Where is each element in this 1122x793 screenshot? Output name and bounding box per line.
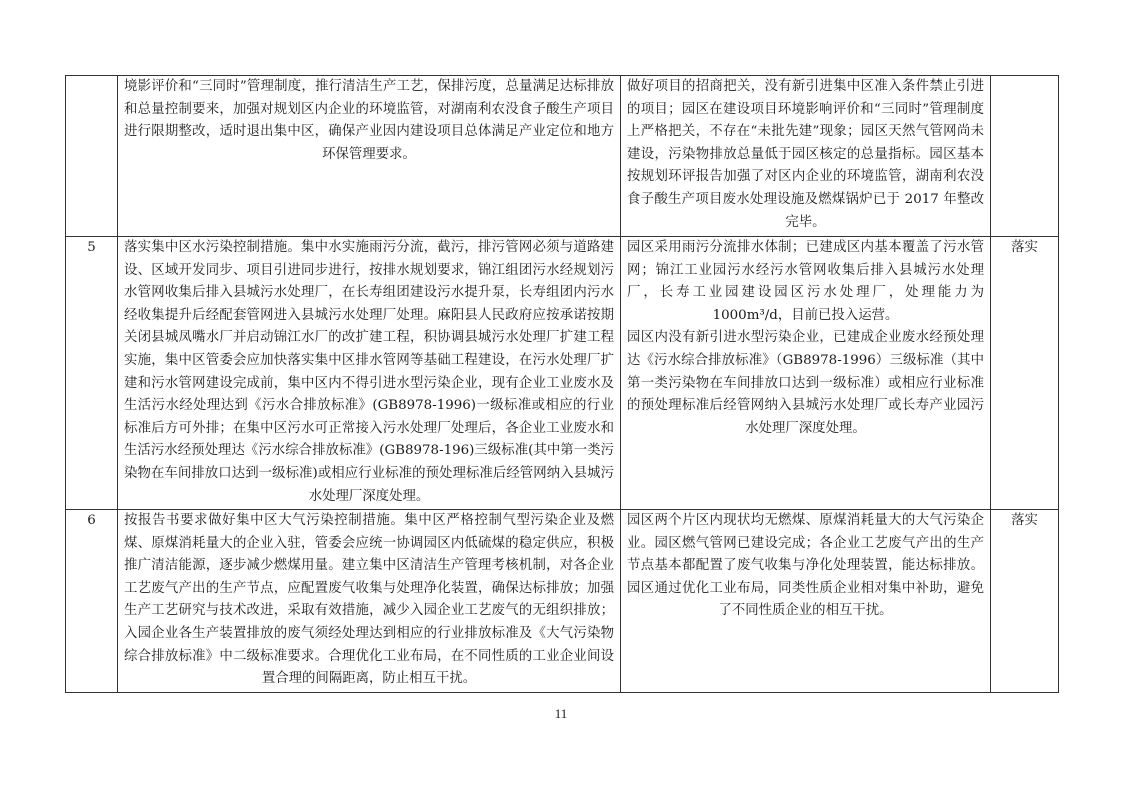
table-row: 境影评价和“三同时”管理制度，推行清洁生产工艺，保排污度，总量满足达标排放和总量… [66, 76, 1059, 237]
item-number-cell: 6 [66, 510, 118, 693]
item-number-cell: 5 [66, 237, 118, 510]
document-page: 境影评价和“三同时”管理制度，推行清洁生产工艺，保排污度，总量满足达标排放和总量… [0, 0, 1122, 793]
status-cell: 落实 [991, 237, 1059, 510]
requirement-cell: 境影评价和“三同时”管理制度，推行清洁生产工艺，保排污度，总量满足达标排放和总量… [118, 76, 621, 237]
implementation-paragraph: 园区两个片区内现状均无燃煤、原煤消耗量大的大气污染企业。园区燃气管网已建设完成；… [627, 510, 984, 623]
requirement-cell: 落实集中区水污染控制措施。集中水实施雨污分流，截污，排污管网必须与道路建设、区域… [118, 237, 621, 510]
status-cell [991, 76, 1059, 237]
page-number: 11 [0, 706, 1122, 722]
table-row: 6 按报告书要求做好集中区大气污染控制措施。集中区严格控制气型污染企业及燃煤、原… [66, 510, 1059, 693]
implementation-cell: 做好项目的招商把关，没有新引进集中区准入条件禁止引进的项目；园区在建设项目环境影… [621, 76, 991, 237]
compliance-table: 境影评价和“三同时”管理制度，推行清洁生产工艺，保排污度，总量满足达标排放和总量… [65, 75, 1059, 693]
implementation-paragraph: 园区内没有新引进水型污染企业，已建成企业废水经预处理达《污水综合排放标准》（GB… [627, 327, 984, 440]
requirement-cell: 按报告书要求做好集中区大气污染控制措施。集中区严格控制气型污染企业及燃煤、原煤消… [118, 510, 621, 693]
implementation-paragraph: 做好项目的招商把关，没有新引进集中区准入条件禁止引进的项目；园区在建设项目环境影… [627, 76, 984, 234]
status-cell: 落实 [991, 510, 1059, 693]
implementation-cell: 园区采用雨污分流排水体制；已建成区内基本覆盖了污水管网；锦江工业园污水经污水管网… [621, 237, 991, 510]
implementation-paragraph: 园区采用雨污分流排水体制；已建成区内基本覆盖了污水管网；锦江工业园污水经污水管网… [627, 237, 984, 327]
item-number-cell [66, 76, 118, 237]
table-row: 5 落实集中区水污染控制措施。集中水实施雨污分流，截污，排污管网必须与道路建设、… [66, 237, 1059, 510]
implementation-cell: 园区两个片区内现状均无燃煤、原煤消耗量大的大气污染企业。园区燃气管网已建设完成；… [621, 510, 991, 693]
